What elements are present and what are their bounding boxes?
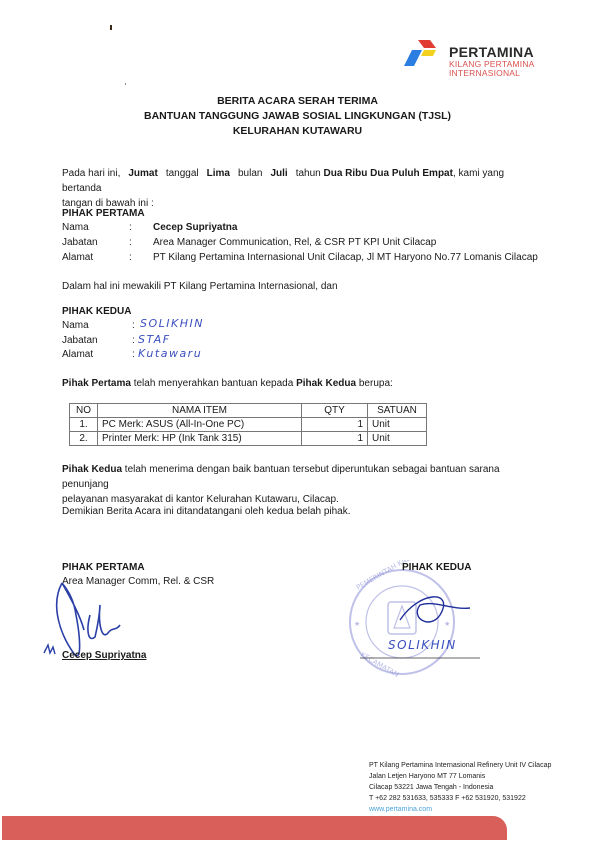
pertamina-logo-icon: [402, 38, 446, 70]
brand-subtitle: KILANG PERTAMINA INTERNASIONAL: [449, 60, 535, 78]
handover-text: Pihak Pertama telah menyerahkan bantuan …: [62, 376, 542, 391]
official-stamp-icon: PEMERINTAH KAB. KECAMATAN ★ ★: [340, 560, 480, 680]
sig-right-heading: PIHAK KEDUA: [402, 562, 471, 573]
sig-right-handwritten-name: SOLIKHIN: [388, 638, 457, 652]
acceptance-paragraph: Pihak Kedua telah menerima dengan baik b…: [62, 462, 542, 507]
scan-mark: [110, 25, 112, 30]
representing-text: Dalam hal ini mewakili PT Kilang Pertami…: [62, 279, 542, 294]
closing-text: Demikian Berita Acara ini ditandatangani…: [62, 504, 542, 519]
document-title: BERITA ACARA SERAH TERIMA: [0, 94, 595, 109]
pertamina-logo: PERTAMINA KILANG PERTAMINA INTERNASIONAL: [402, 38, 572, 86]
table-header-row: NO NAMA ITEM QTY SATUAN: [70, 404, 427, 418]
website-link[interactable]: www.pertamina.com: [369, 804, 551, 815]
pihak-pertama-heading: PIHAK PERTAMA: [62, 208, 145, 219]
table-row: 2. Printer Merk: HP (Ink Tank 315) 1 Uni…: [70, 432, 427, 446]
sig-left-heading: PIHAK PERTAMA: [62, 562, 145, 573]
table-row: 1. PC Merk: ASUS (All-In-One PC) 1 Unit: [70, 418, 427, 432]
sig-left-name: Cecep Supriyatna: [62, 650, 146, 661]
svg-text:KECAMATAN: KECAMATAN: [359, 651, 400, 679]
footer-bar: [2, 816, 507, 840]
document-location: KELURAHAN KUTAWARU: [0, 124, 595, 139]
items-table: NO NAMA ITEM QTY SATUAN 1. PC Merk: ASUS…: [69, 403, 427, 446]
intro-paragraph: Pada hari ini,JumattanggalLimabulanJulit…: [62, 166, 542, 211]
svg-text:★: ★: [444, 620, 450, 628]
scan-dot: [125, 83, 126, 85]
svg-text:★: ★: [354, 620, 360, 628]
pihak-kedua-heading: PIHAK KEDUA: [62, 306, 131, 317]
brand-name: PERTAMINA: [449, 44, 534, 60]
document-subtitle: BANTUAN TANGGUNG JAWAB SOSIAL LINGKUNGAN…: [0, 109, 595, 124]
footer-address: PT Kilang Pertamina Internasional Refine…: [369, 760, 551, 815]
